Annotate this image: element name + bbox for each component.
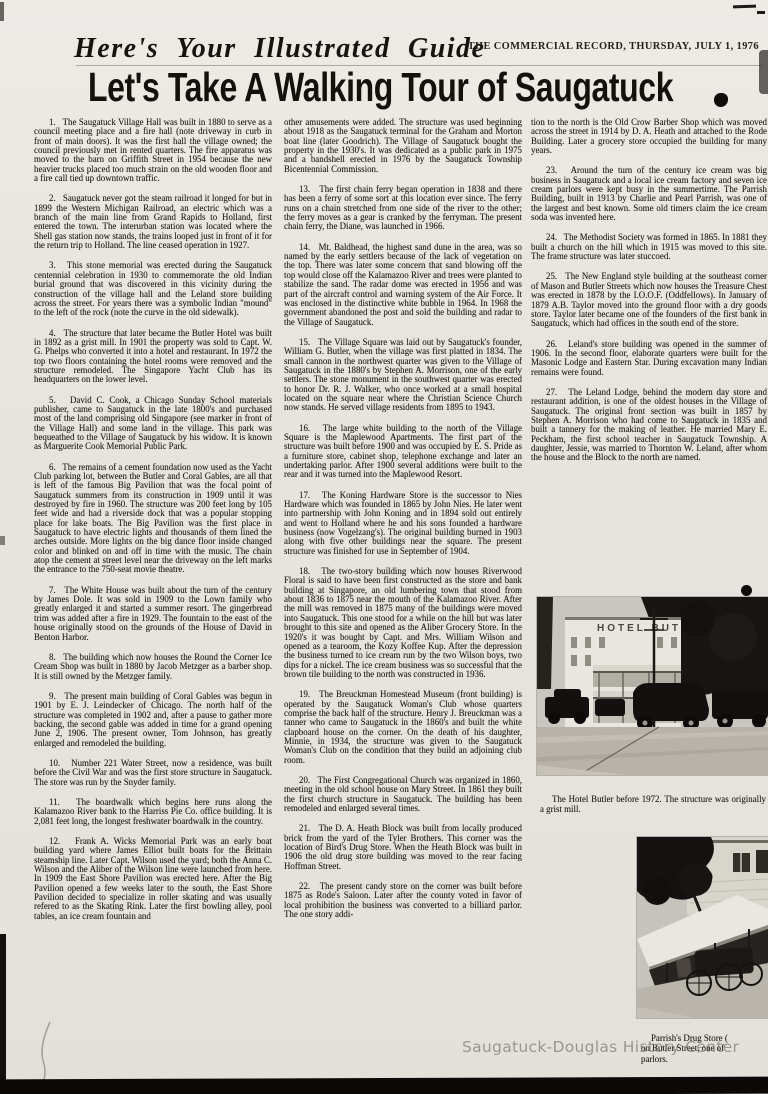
- article-paragraph: 12. Frank A. Wicks Memorial Park was an …: [34, 837, 272, 921]
- scan-mark-dash: [757, 11, 765, 14]
- article-paragraph: 1. The Saugatuck Village Hall was built …: [34, 118, 272, 183]
- article-paragraph: 18. The two-story building which now hou…: [284, 567, 522, 679]
- hotel-butler-caption: The Hotel Butler before 1972. The struct…: [540, 794, 766, 815]
- article-paragraph: 4. The structure that later became the B…: [34, 329, 272, 385]
- article-paragraph: other amusements were added. The structu…: [284, 118, 522, 174]
- article-paragraph: 16. The large white building to the nort…: [284, 424, 522, 480]
- article-paragraph: 27. The Leland Lodge, behind the modern …: [531, 388, 767, 463]
- article-paragraph: 21. The D. A. Heath Block was built from…: [284, 824, 522, 871]
- article-paragraph: tion to the north is the Old Crow Barber…: [531, 118, 767, 155]
- article-paragraph: 22. The present candy store on the corne…: [284, 882, 522, 919]
- article-paragraph: 3. This stone memorial was erected durin…: [34, 261, 272, 317]
- history-center-watermark: Saugatuck-Douglas History Center: [462, 1038, 739, 1056]
- scan-edge-shadow: [0, 934, 6, 1094]
- article-column-2: other amusements were added. The structu…: [284, 118, 522, 930]
- article-paragraph: 2. Saugatuck never got the steam railroa…: [34, 194, 272, 250]
- article-paragraph: 5. David C. Cook, a Chicago Sunday Schoo…: [34, 396, 272, 452]
- article-paragraph: 9. The present main building of Coral Ga…: [34, 692, 272, 748]
- illustrated-guide-script-title: Here's Your Illustrated Guide: [74, 33, 485, 65]
- article-paragraph: 8. The building which now houses the Rou…: [34, 653, 272, 681]
- article-paragraph: 25. The New England style building at th…: [531, 272, 767, 328]
- ink-dot: [741, 585, 752, 596]
- hotel-butler-photo: HOTEL BUT: [537, 597, 768, 775]
- ink-blot: [714, 93, 728, 107]
- article-paragraph: 13. The first chain ferry began operatio…: [284, 185, 522, 232]
- article-paragraph: 17. The Koning Hardware Store is the suc…: [284, 491, 522, 556]
- scan-bottom-shadow: [0, 1077, 768, 1094]
- article-paragraph: 14. Mt. Baldhead, the highest sand dune …: [284, 243, 522, 327]
- parrish-drug-store-photo: [637, 837, 768, 1018]
- scan-edge-speck: [0, 536, 5, 545]
- article-column-1: 1. The Saugatuck Village Hall was built …: [34, 118, 272, 932]
- article-column-3: tion to the north is the Old Crow Barber…: [531, 118, 767, 474]
- article-paragraph: 10. Number 221 Water Street, now a resid…: [34, 759, 272, 787]
- scan-edge-smudge: [759, 50, 768, 94]
- hotel-sign-text: HOTEL BUT: [597, 623, 681, 634]
- paper-date-line: THE COMMERCIAL RECORD, THURSDAY, JULY 1,…: [468, 41, 759, 52]
- article-paragraph: 19. The Breuckman Homestead Museum (fron…: [284, 690, 522, 765]
- article-paragraph: 11. The boardwalk which begins here runs…: [34, 798, 272, 826]
- headline: Let's Take A Walking Tour of Saugatuck: [88, 64, 673, 111]
- article-paragraph: 15. The Village Square was laid out by S…: [284, 338, 522, 413]
- newspaper-page: Here's Your Illustrated Guide THE COMMER…: [0, 0, 768, 1094]
- article-paragraph: 20. The First Congregational Church was …: [284, 776, 522, 813]
- scan-mark-dash: [733, 5, 756, 9]
- article-paragraph: 23. Around the turn of the century ice c…: [531, 166, 767, 222]
- article-paragraph: 7. The White House was built about the t…: [34, 586, 272, 642]
- article-paragraph: 24. The Methodist Society was formed in …: [531, 233, 767, 261]
- article-paragraph: 6. The remains of a cement foundation no…: [34, 463, 272, 575]
- article-paragraph: 26. Leland's store building was opened i…: [531, 340, 767, 377]
- scan-corner-mark: [0, 2, 4, 21]
